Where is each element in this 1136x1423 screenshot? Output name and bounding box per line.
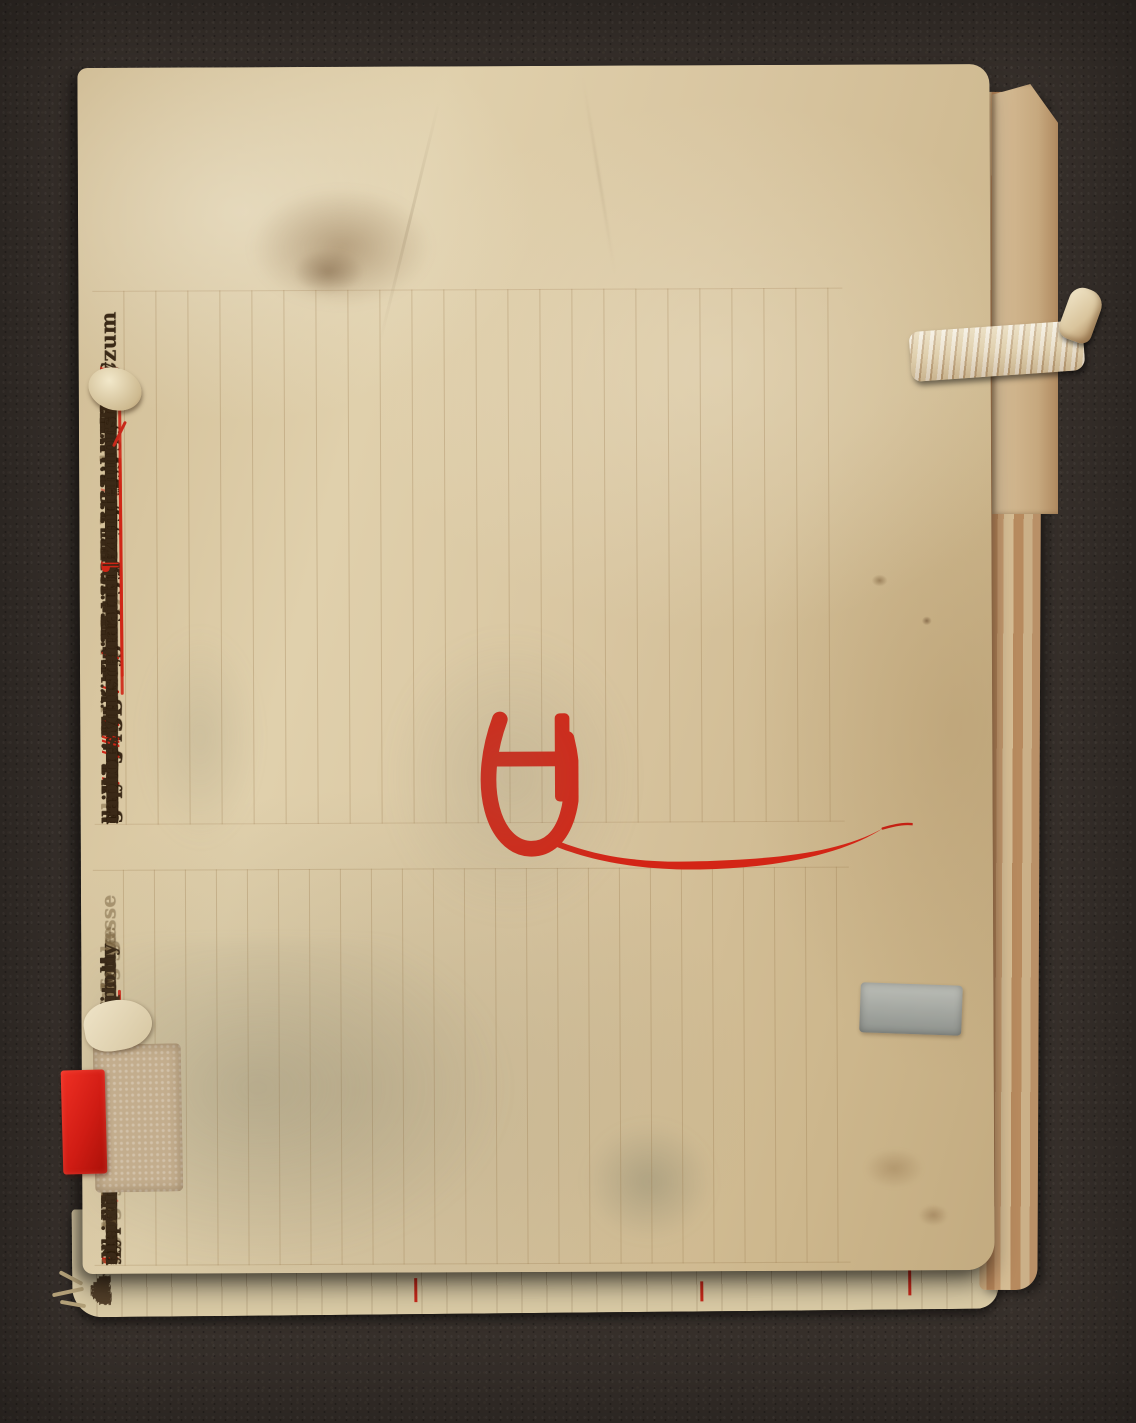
rubric-mark: ¶ (94, 560, 126, 574)
rubric-tick (908, 1269, 911, 1295)
manuscript-page: wz gistloft haun salt haug sey gewere le… (77, 64, 994, 1274)
edge-text-fragment: ri (80, 1283, 114, 1297)
red-leather-index-tab (61, 1069, 108, 1174)
photo-background: Gwibs erlsebsomt rs lkadikeBregidipbJoh … (0, 0, 1136, 1423)
rotated-text-area: wz gistloft haun salt haug sey gewere le… (77, 64, 994, 1274)
under-leaf-corner (992, 84, 1058, 514)
text-line: raptors q crima tu ¶ Czu dem (93, 465, 127, 824)
initial-tail-flourish (547, 820, 913, 874)
rubric-tick (414, 1278, 417, 1302)
text-column-left: wz gistloft haun salt haug sey gewere le… (93, 867, 851, 1266)
rubric-tick (700, 1281, 703, 1301)
text-column-right: alz up is werlich wirt zcu mrechte∕ ader… (92, 288, 844, 825)
gray-metal-tab (859, 982, 963, 1036)
curled-tab-end (1056, 284, 1106, 346)
